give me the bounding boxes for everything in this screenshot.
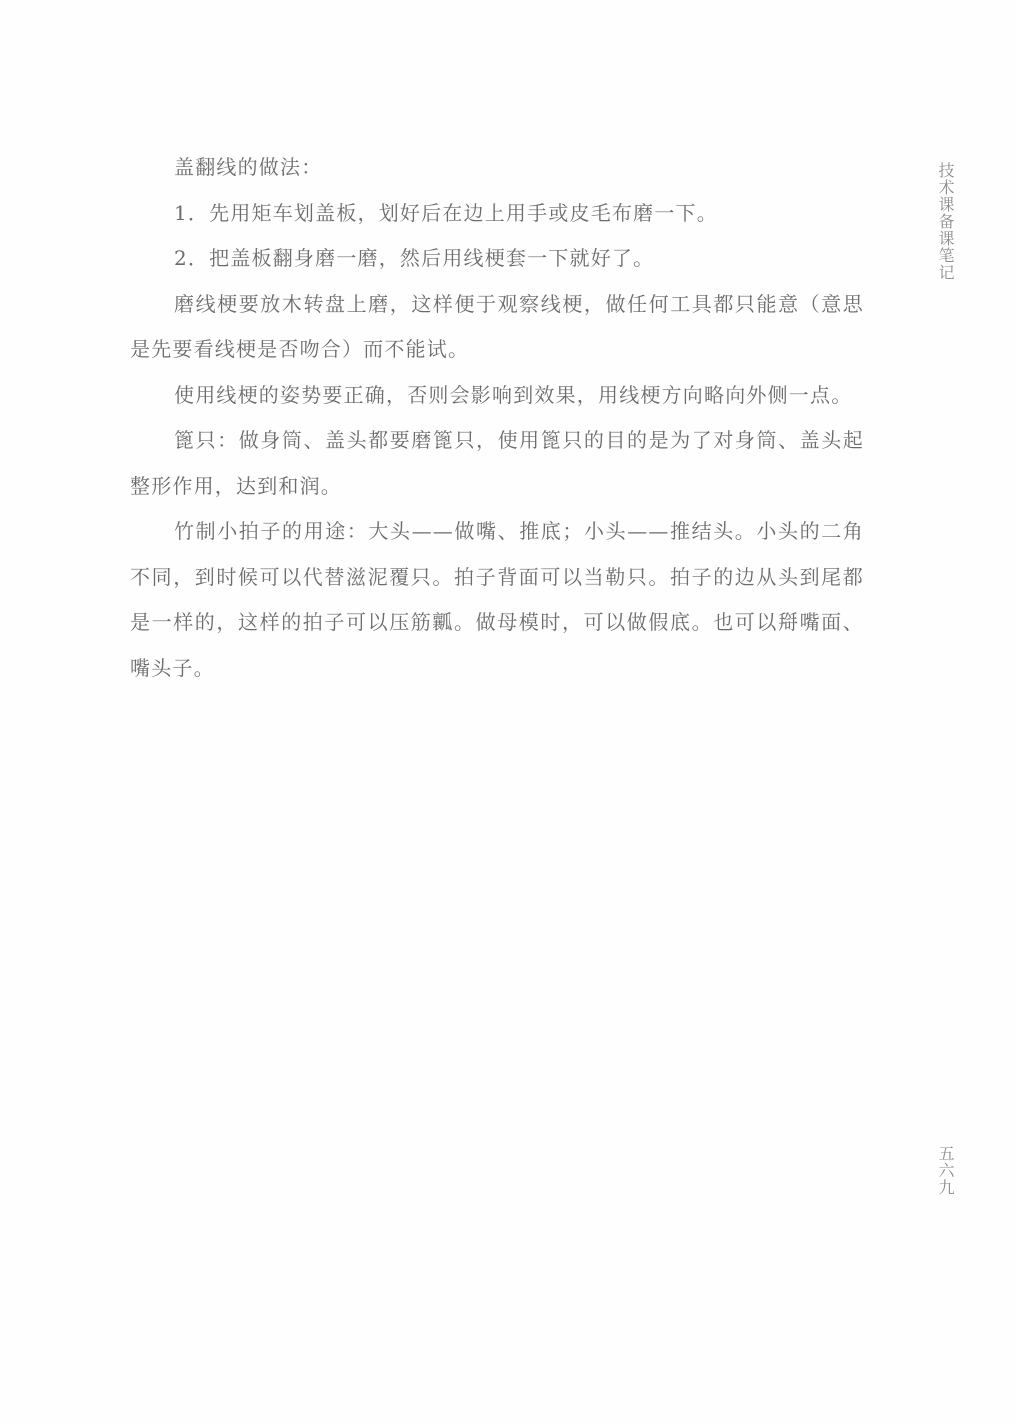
body-text: 盖翻线的做法： 1．先用矩车划盖板，划好后在边上用手或皮毛布磨一下。 2．把盖板… [130,145,864,691]
paragraph-heading: 盖翻线的做法： [130,145,864,191]
paragraph-bizhi: 篦只：做身筒、盖头都要磨篦只，使用篦只的目的是为了对身筒、盖头起整形作用，达到和… [130,418,864,509]
paragraph-grinding: 磨线梗要放木转盘上磨，这样便于观察线梗，做任何工具都只能意（意思是先要看线梗是否… [130,282,864,373]
running-header: 技术课备课笔记 [933,162,955,281]
paragraph-bamboo-paddle: 竹制小拍子的用途：大头——做嘴、推底；小头——推结头。小头的二角不同，到时候可以… [130,509,864,691]
page-number: 五六九 [933,1145,955,1196]
book-page: 盖翻线的做法： 1．先用矩车划盖板，划好后在边上用手或皮毛布磨一下。 2．把盖板… [0,0,1016,1424]
paragraph-step-1: 1．先用矩车划盖板，划好后在边上用手或皮毛布磨一下。 [130,191,864,237]
paragraph-posture: 使用线梗的姿势要正确，否则会影响到效果，用线梗方向略向外侧一点。 [130,373,864,419]
paragraph-step-2: 2．把盖板翻身磨一磨，然后用线梗套一下就好了。 [130,236,864,282]
